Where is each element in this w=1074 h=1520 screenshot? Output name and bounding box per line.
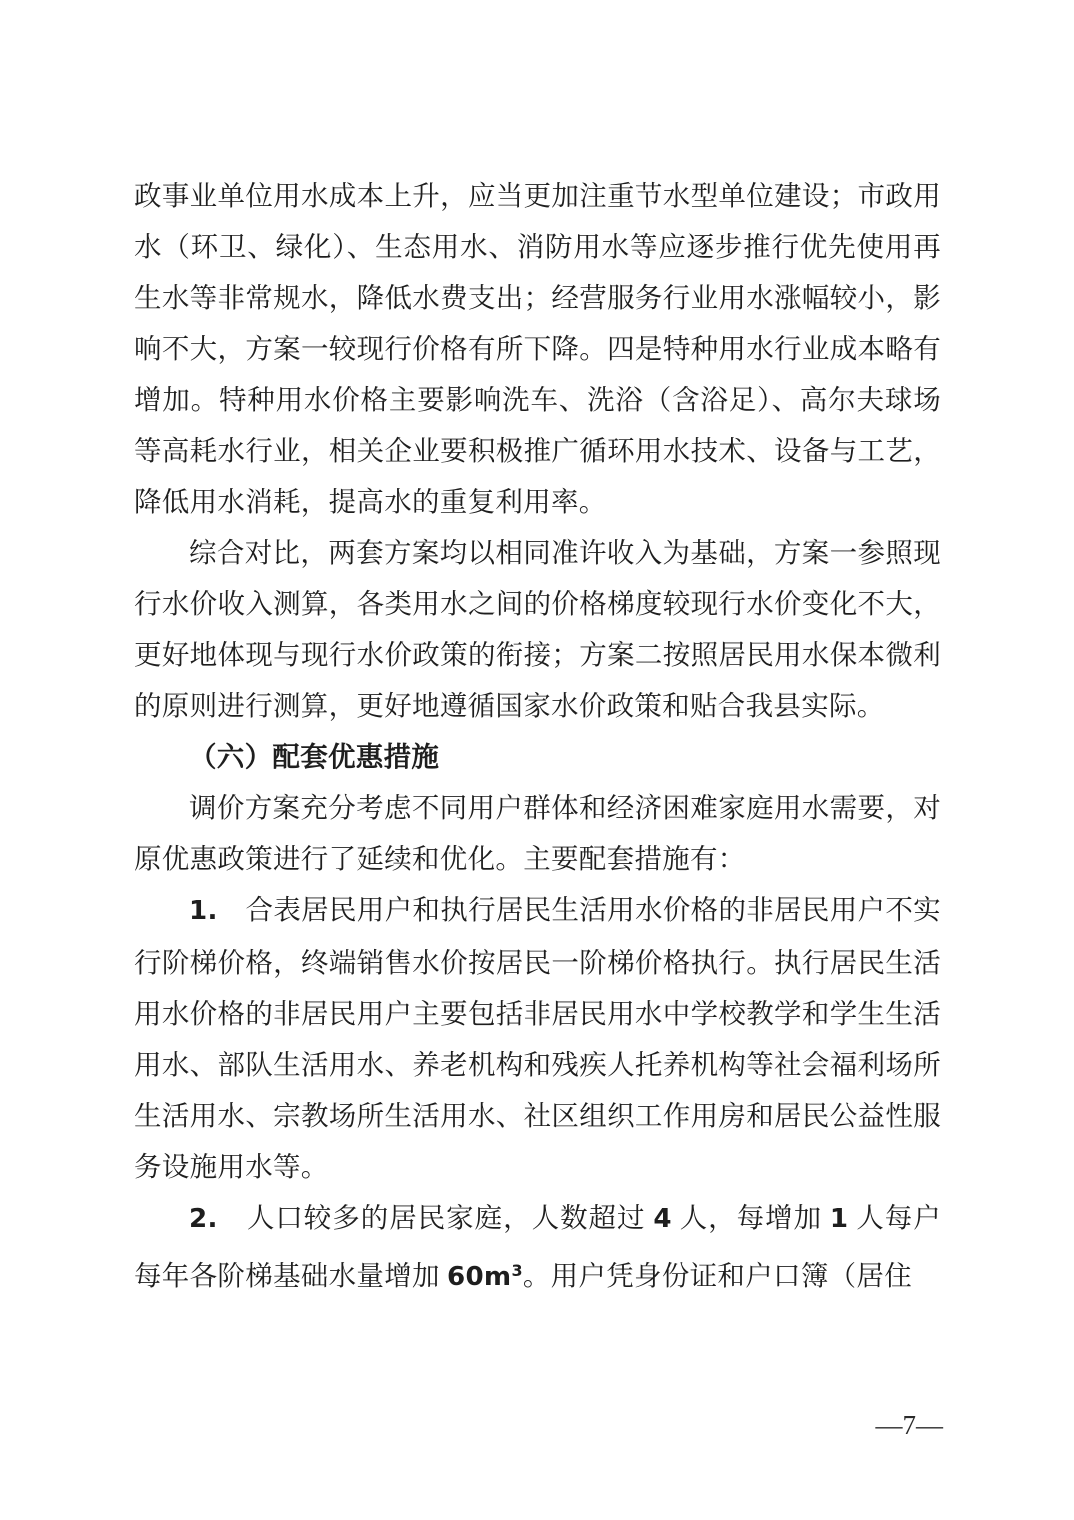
text-segment: 人口较多的居民家庭，人数超过 — [218, 1202, 654, 1233]
heading-section-six-supporting-measures: （六）配套优惠措施 — [134, 731, 941, 782]
page-number: —7— — [876, 1410, 944, 1440]
para-measure-item-1: 1. 合表居民用户和执行居民生活用水价格的非居民用户不实行阶梯价格，终端销售水价… — [134, 884, 941, 1192]
text-segment: 。用户凭身份证和户口簿（居住 — [523, 1260, 912, 1291]
numeric-segment: 1. — [189, 896, 218, 926]
numeric-segment: 1 — [830, 1204, 848, 1234]
document-body: 政事业单位用水成本上升，应当更加注重节水型单位建设；市政用水（环卫、绿化）、生态… — [134, 170, 941, 1303]
para-measure-item-2: 2. 人口较多的居民家庭，人数超过 4 人，每增加 1 人每户每年各阶梯基础水量… — [134, 1192, 941, 1303]
numeric-segment: 4 — [653, 1204, 671, 1234]
text-segment: 政事业单位用水成本上升，应当更加注重节水型单位建设；市政用水（环卫、绿化）、生态… — [134, 180, 941, 517]
text-segment: 调价方案充分考虑不同用户群体和经济困难家庭用水需要，对原优惠政策进行了延续和优化… — [134, 792, 941, 874]
text-segment: 合表居民用户和执行居民生活用水价格的非居民用户不实行阶梯价格，终端销售水价按居民… — [134, 894, 941, 1182]
para-measures-intro: 调价方案充分考虑不同用户群体和经济困难家庭用水需要，对原优惠政策进行了延续和优化… — [134, 782, 941, 884]
text-segment: 综合对比，两套方案均以相同准许收入为基础，方案一参照现行水价收入测算，各类用水之… — [134, 537, 941, 721]
text-segment: 人，每增加 — [672, 1202, 830, 1233]
numeric-segment: 2. — [189, 1204, 218, 1234]
document-page: 政事业单位用水成本上升，应当更加注重节水型单位建设；市政用水（环卫、绿化）、生态… — [0, 0, 1074, 1520]
numeric-segment: 3 — [511, 1261, 522, 1280]
para-scheme-comparison: 综合对比，两套方案均以相同准许收入为基础，方案一参照现行水价收入测算，各类用水之… — [134, 527, 941, 731]
para-continuation-cost-analysis: 政事业单位用水成本上升，应当更加注重节水型单位建设；市政用水（环卫、绿化）、生态… — [134, 170, 941, 527]
numeric-segment: 60m — [447, 1262, 511, 1292]
text-segment: （六）配套优惠措施 — [189, 741, 439, 772]
